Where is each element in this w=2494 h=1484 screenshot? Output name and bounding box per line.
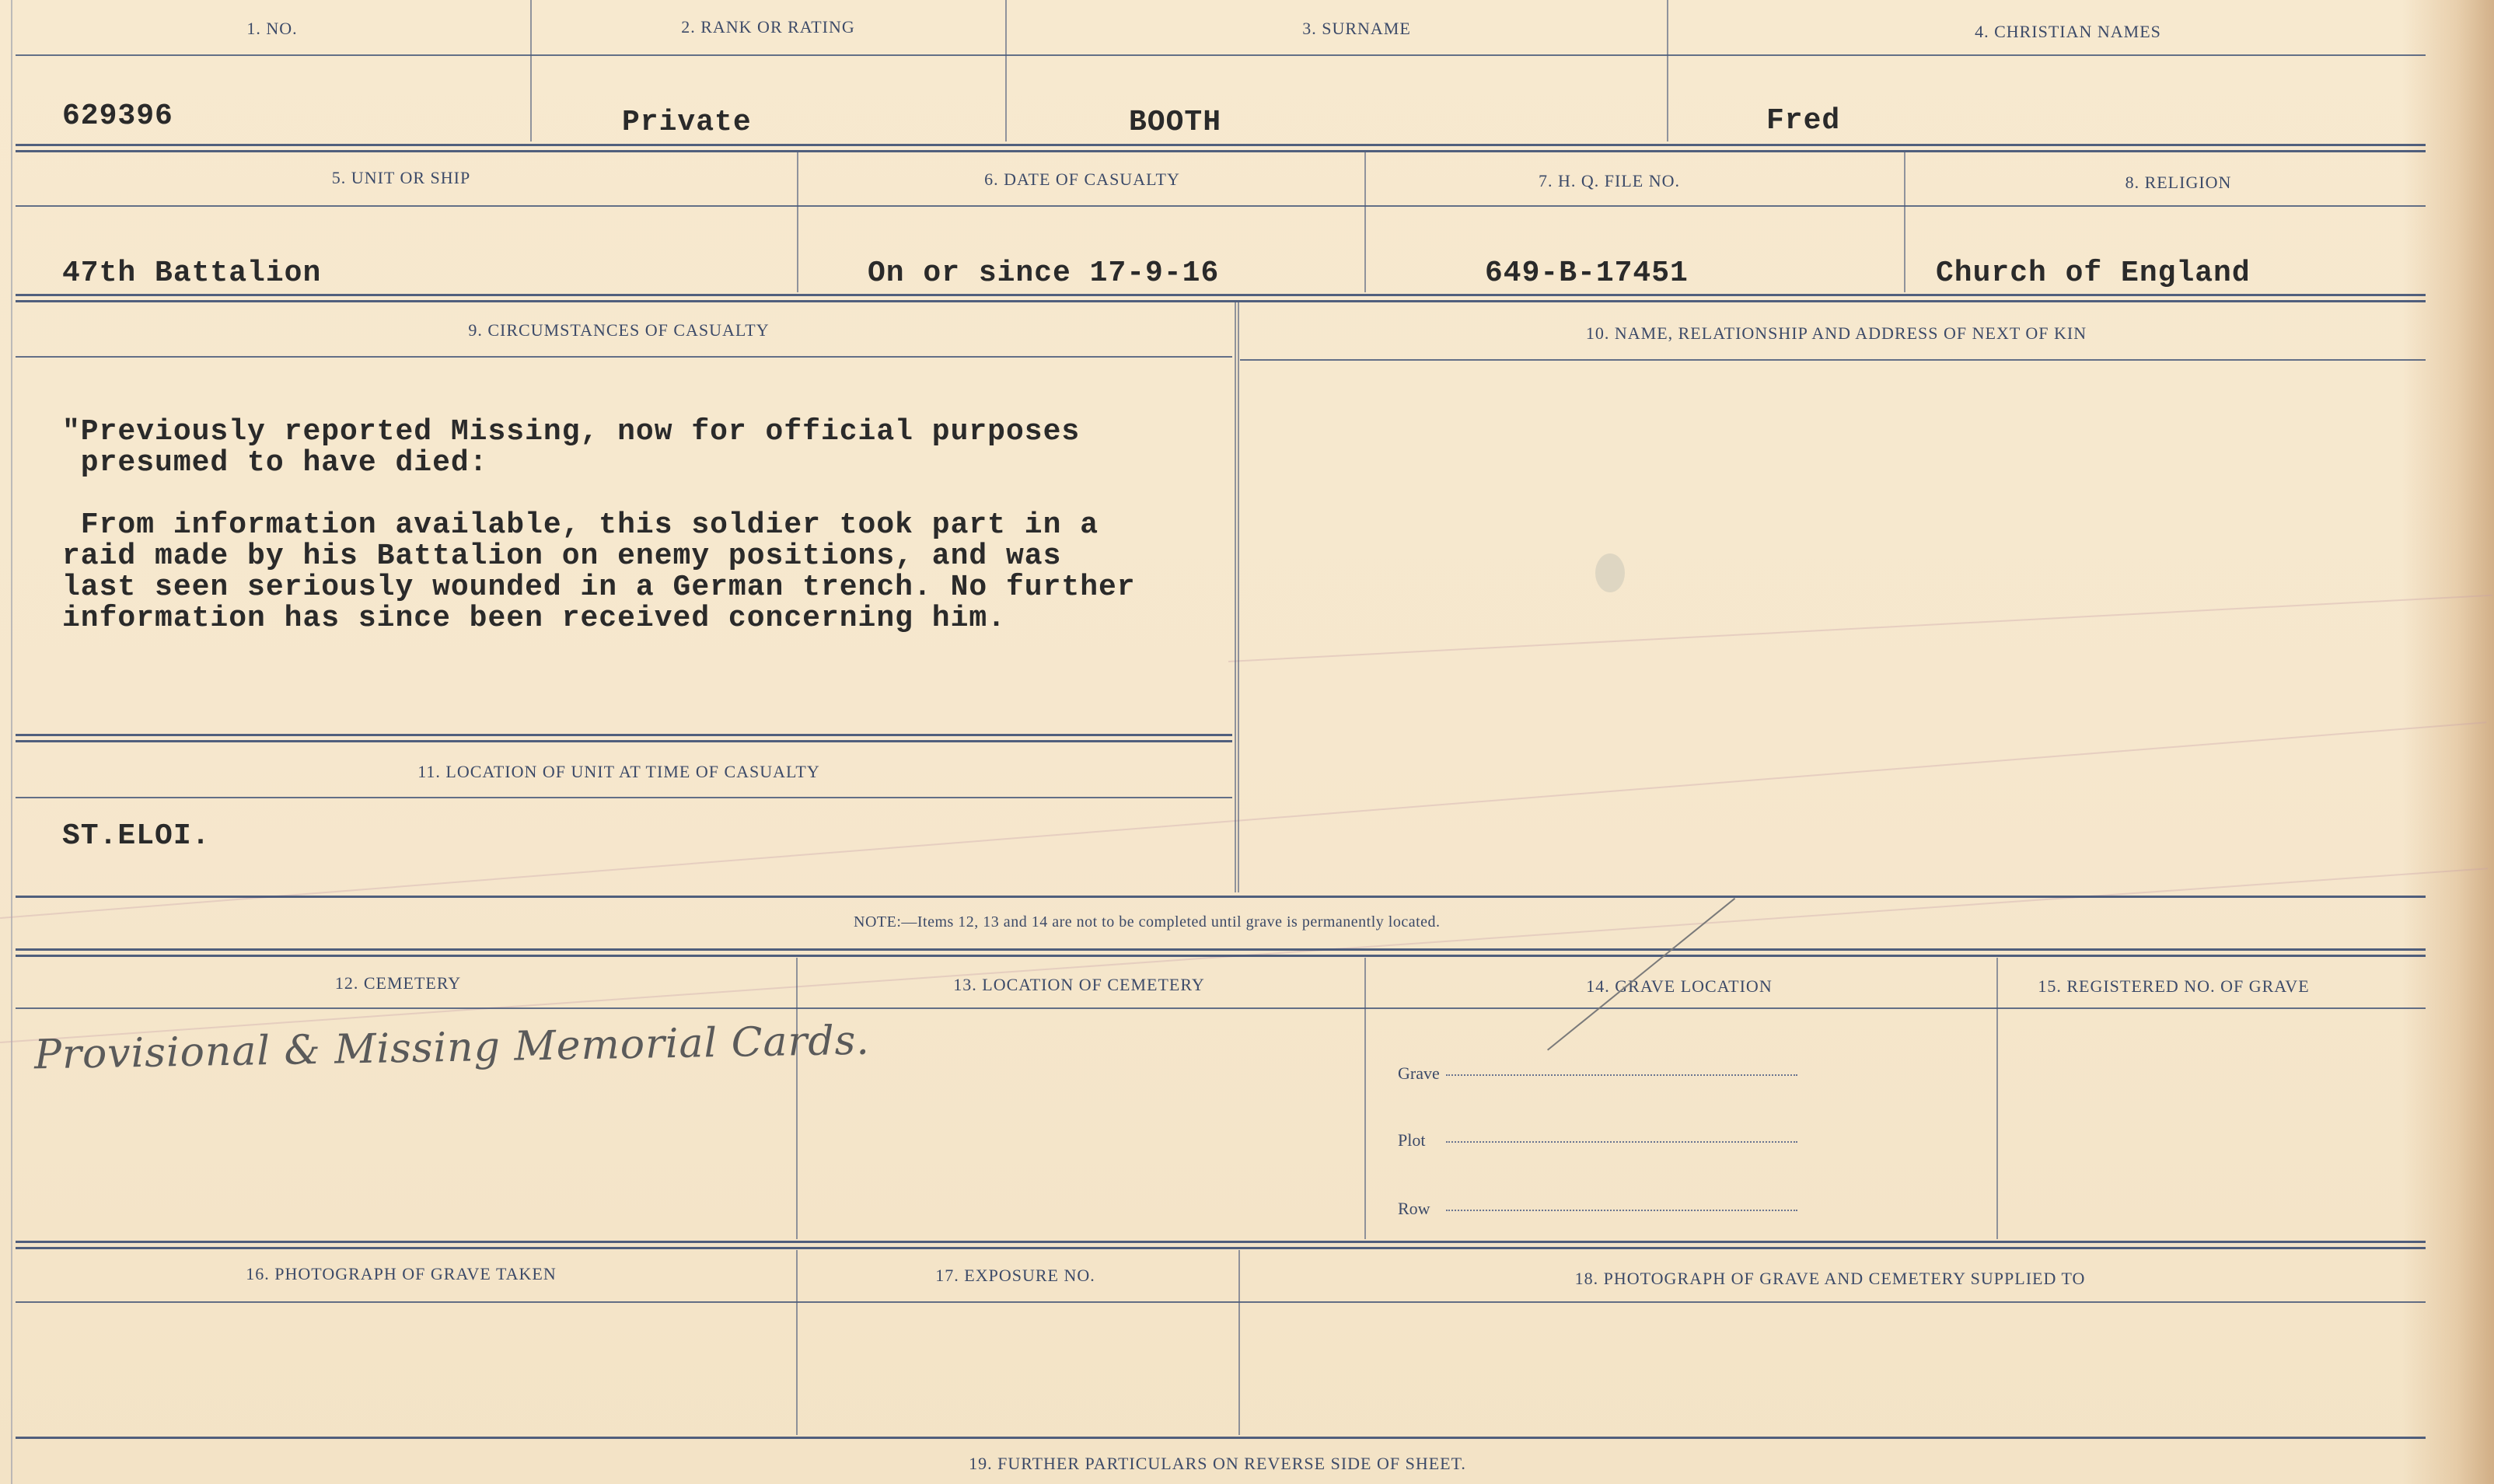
rule-item9-label <box>16 356 1232 358</box>
ink-stain <box>1595 553 1625 592</box>
rule-note-bottom <box>16 948 2426 951</box>
plot-row: Plot <box>1398 1130 1425 1151</box>
divider <box>1364 958 1366 1239</box>
row-label: Row <box>1398 1199 1430 1218</box>
divider <box>1904 152 1905 292</box>
divider-double <box>1238 302 1239 892</box>
divider <box>1235 302 1236 892</box>
divider <box>1005 0 1007 141</box>
circumstances-paragraph-2: From information available, this soldier… <box>62 510 1136 634</box>
rule-row2-bottom-double <box>16 300 2426 302</box>
divider <box>796 958 798 1239</box>
label-hq-file-no: 7. H. Q. File No. <box>1539 171 1680 191</box>
divider <box>796 1250 798 1435</box>
label-unit: 5. Unit or Ship <box>332 168 470 188</box>
rule-row4-bottom-double <box>16 1247 2426 1249</box>
card-left-edge <box>11 0 12 1484</box>
plot-dotted-line <box>1446 1141 1797 1143</box>
label-no: 1. No. <box>246 19 297 39</box>
label-location-of-cemetery: 13. Location of Cemetery <box>953 975 1204 995</box>
row-dotted-line <box>1446 1210 1797 1211</box>
label-next-of-kin: 10. Name, Relationship and Address of Ne… <box>1586 323 2087 344</box>
rule-row1-bottom <box>16 144 2426 146</box>
label-location-of-unit: 11. Location of Unit at Time of Casualty <box>417 762 820 782</box>
label-exposure-no: 17. Exposure No. <box>935 1266 1095 1286</box>
label-religion: 8. Religion <box>2125 173 2232 193</box>
plot-label: Plot <box>1398 1130 1425 1150</box>
label-christian-names: 4. Christian Names <box>1975 22 2161 42</box>
divider <box>530 0 532 141</box>
rule-item9-bottom <box>16 734 1232 736</box>
rule-item11-label <box>16 797 1232 798</box>
divider <box>1996 958 1998 1239</box>
row-row: Row <box>1398 1199 1430 1219</box>
value-no: 629396 <box>62 100 173 133</box>
rule-row2-bottom <box>16 294 2426 296</box>
label-surname: 3. Surname <box>1302 19 1411 39</box>
grave-dotted-line <box>1446 1074 1797 1076</box>
value-rank: Private <box>622 106 752 139</box>
rule-row4-label <box>16 1007 2426 1009</box>
rule-row2-label <box>16 205 2426 207</box>
label-grave-location: 14. Grave Location <box>1586 976 1772 997</box>
rule-note-top <box>16 896 2426 898</box>
circumstances-paragraph-1: "Previously reported Missing, now for of… <box>62 417 1080 479</box>
value-location-of-unit: ST.ELOI. <box>62 819 210 853</box>
divider <box>1364 152 1366 292</box>
rule-item9-bottom-double <box>16 740 1232 742</box>
label-further-particulars: 19. Further Particulars on Reverse Side … <box>969 1454 1466 1474</box>
note-text: NOTE:—Items 12, 13 and 14 are not to be … <box>854 913 1441 931</box>
rule-item10-label <box>1240 359 2426 361</box>
label-rank: 2. Rank or Rating <box>681 17 855 37</box>
label-circumstances: 9. Circumstances of Casualty <box>468 320 769 340</box>
value-date-of-casualty: On or since 17-9-16 <box>868 257 1219 290</box>
label-cemetery: 12. Cemetery <box>335 973 461 993</box>
rule-row5-bottom <box>16 1437 2426 1439</box>
rule-note-bottom-double <box>16 955 2426 957</box>
value-unit: 47th Battalion <box>62 257 321 290</box>
value-hq-file-no: 649-B-17451 <box>1485 257 1689 290</box>
divider <box>797 152 798 292</box>
value-surname: BOOTH <box>1129 106 1221 139</box>
label-registered-no: 15. Registered No. of Grave <box>2038 976 2309 997</box>
grave-label: Grave <box>1398 1063 1440 1083</box>
grave-row: Grave <box>1398 1063 1440 1084</box>
divider <box>1667 0 1668 141</box>
label-photo-taken: 16. Photograph of Grave Taken <box>246 1264 556 1284</box>
label-date-of-casualty: 6. Date of Casualty <box>984 169 1180 190</box>
divider <box>1238 1250 1240 1435</box>
value-christian-names: Fred <box>1766 104 1840 138</box>
label-photo-supplied-to: 18. Photograph of Grave and Cemetery Sup… <box>1575 1269 2086 1289</box>
rule-row4-bottom <box>16 1241 2426 1243</box>
rule-row5-label <box>16 1301 2426 1303</box>
rule-row1-bottom-double <box>16 150 2426 152</box>
value-religion: Church of England <box>1936 257 2251 290</box>
rule-row1-label <box>16 54 2426 56</box>
